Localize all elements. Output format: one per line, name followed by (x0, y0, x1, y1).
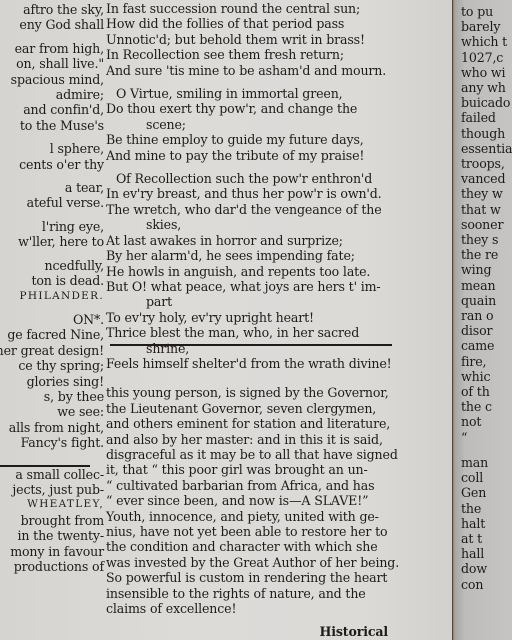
left-column-line: alls from night, (0, 420, 104, 435)
section-rule (110, 344, 392, 346)
article-line: disgraceful as it may be to all that hav… (106, 447, 394, 462)
left-column-line: ge facred Nine, (0, 327, 104, 342)
right-column-line: whic (461, 369, 512, 384)
right-column-line: vanced (461, 171, 512, 186)
left-column-line: ear from high, (0, 41, 104, 56)
left-column-line: jects, just pub- (0, 482, 104, 497)
left-column-line: in the twenty- (0, 528, 104, 543)
right-column-line: quain (461, 293, 512, 308)
left-column-line: admire; (0, 87, 104, 102)
right-column-line: that w (461, 202, 512, 217)
poem-line: The wretch, who dar'd the vengeance of t… (106, 202, 394, 217)
right-column-line: the c (461, 399, 512, 414)
left-column-line: on, shall live." (0, 56, 104, 71)
left-column-line: WHEATLEY, (0, 497, 104, 512)
article-line: nius, have not yet been able to restore … (106, 524, 394, 539)
right-column-line: buicado (461, 95, 512, 110)
right-column-line: of th (461, 384, 512, 399)
left-column-line: s, by thee (0, 389, 104, 404)
left-column-line (0, 172, 104, 180)
article-line: this young person, is signed by the Gove… (106, 385, 394, 400)
poem-line: Do thou exert thy pow'r, and change the (106, 101, 394, 116)
poem-line: By her alarm'd, he sees impending fate; (106, 248, 394, 263)
signoff-historical: Historical (106, 624, 394, 639)
right-column-line: dow (461, 561, 512, 576)
right-column-line: failed (461, 110, 512, 125)
left-column-line: mony in favour (0, 544, 104, 559)
right-column-line: Gen (461, 485, 512, 500)
left-column-line: a tear, (0, 180, 104, 195)
right-column-line: came (461, 338, 512, 353)
right-column-line: ran o (461, 308, 512, 323)
right-column-line: wing (461, 262, 512, 277)
article-line: “ ever since been, and now is—A SLAVE!” (106, 493, 394, 508)
right-column-line: the (461, 501, 512, 516)
right-column: to pubarelywhich t1027,cwho wiany whbuic… (461, 4, 512, 592)
left-column-line: spacious mind, (0, 72, 104, 87)
left-column: aftro the sky,eny God shall ear from hig… (0, 2, 104, 574)
article-line: the condition and character with which s… (106, 539, 394, 554)
poem-line: But O! what peace, what joys are hers t'… (106, 279, 394, 294)
left-column-line: ateful verse. (0, 195, 104, 210)
article-line: “ cultivated barbarian from Africa, and … (106, 478, 394, 493)
right-column-line: “ (461, 430, 512, 445)
left-column-line (0, 250, 104, 258)
article-line: insensible to the rights of nature, and … (106, 586, 394, 601)
right-column-line: disor (461, 323, 512, 338)
left-column-line: ce thy spring; (0, 358, 104, 373)
poem-line: In fast succession round the central sun… (106, 1, 394, 16)
right-column-line: not (461, 414, 512, 429)
left-column-line: PHILANDER. (0, 289, 104, 304)
poem-line: To ev'ry holy, ev'ry upright heart! (106, 310, 394, 325)
poem-line: How did the follies of that period pass (106, 16, 394, 31)
poem-line: scene; (106, 117, 394, 132)
center-column: In fast succession round the central sun… (106, 1, 394, 640)
left-column-line: l sphere, (0, 141, 104, 156)
left-column-line: eny God shall (0, 17, 104, 32)
left-column-line: aftro the sky, (0, 2, 104, 17)
left-column-line: glories sing! (0, 374, 104, 389)
poem-line: shrine, (106, 341, 394, 356)
poem-line: O Virtue, smiling in immortal green, (106, 86, 394, 101)
poem-line: part (106, 294, 394, 309)
poem-line: At last awakes in horror and surprize; (106, 233, 394, 248)
left-column-line: ON*. (0, 312, 104, 327)
right-column-line: though (461, 126, 512, 141)
right-column-line: they w (461, 186, 512, 201)
poem-line: skies, (106, 217, 394, 232)
poem-line: Be thine employ to guide my future days, (106, 132, 394, 147)
right-column-line: barely (461, 19, 512, 34)
left-column-line (0, 133, 104, 141)
right-column-line: halt (461, 516, 512, 531)
left-column-line: brought from (0, 513, 104, 528)
article-line: claims of excellence! (106, 601, 394, 616)
left-column-line: Fancy's fight. (0, 435, 104, 450)
left-column-line: ton is dead. (0, 273, 104, 288)
poem: In fast succession round the central sun… (106, 1, 394, 371)
left-column-line (0, 451, 104, 459)
right-column-line: coll (461, 470, 512, 485)
left-column-line (0, 211, 104, 219)
poem-line: In Recollection see them fresh return; (106, 47, 394, 62)
left-column-line: and confin'd, (0, 102, 104, 117)
poem-line: And mine to pay the tribute of my praise… (106, 148, 394, 163)
right-column-line: which t (461, 34, 512, 49)
left-column-line: l'ring eye, (0, 219, 104, 234)
poem-line: He howls in anguish, and repents too lat… (106, 264, 394, 279)
right-column-line: man (461, 455, 512, 470)
left-column-line: ncedfully, (0, 258, 104, 273)
left-column-line: cents o'er thy (0, 157, 104, 172)
right-column-line: fire, (461, 354, 512, 369)
right-column-line (461, 445, 512, 455)
article-line: and others eminent for station and liter… (106, 416, 394, 431)
poem-line: In ev'ry breast, and thus her pow'r is o… (106, 186, 394, 201)
article-line: Youth, innocence, and piety, united with… (106, 509, 394, 524)
right-column-line: troops, (461, 156, 512, 171)
left-column-line (0, 33, 104, 41)
left-column-line: ner great design! (0, 343, 104, 358)
right-column-line: 1027,c (461, 50, 512, 65)
article-line: and also by her master: and in this it i… (106, 432, 394, 447)
right-column-line: mean (461, 278, 512, 293)
left-column-line: a small collec- (0, 467, 104, 482)
right-column-line: sooner (461, 217, 512, 232)
poem-line: Thrice blest the man, who, in her sacred (106, 325, 394, 340)
left-section-rule (0, 465, 90, 467)
poem-line: Feels himself shelter'd from the wrath d… (106, 356, 394, 371)
article-line: So powerful is custom in rendering the h… (106, 570, 394, 585)
right-column-line: to pu (461, 4, 512, 19)
left-column-line: w'ller, here to (0, 234, 104, 249)
left-column-line: to the Muse's (0, 118, 104, 133)
article-text: this young person, is signed by the Gove… (106, 385, 394, 616)
poem-line: Of Recollection such the pow'r enthron'd (106, 171, 394, 186)
article-line: the Lieutenant Governor, seven clergymen… (106, 401, 394, 416)
poem-line: Unnotic'd; but behold them writ in brass… (106, 32, 394, 47)
right-column-line: con (461, 577, 512, 592)
right-column-line: who wi (461, 65, 512, 80)
right-column-line: any wh (461, 80, 512, 95)
right-column-line: hall (461, 546, 512, 561)
left-column-line: productions of (0, 559, 104, 574)
article-line: was invested by the Great Author of her … (106, 555, 394, 570)
right-column-line: essentia (461, 141, 512, 156)
left-column-line (0, 304, 104, 312)
right-column-line: the re (461, 247, 512, 262)
right-column-line: at t (461, 531, 512, 546)
article-line: it, that “ this poor girl was brought an… (106, 462, 394, 477)
right-column-line: they s (461, 232, 512, 247)
poem-line: And sure 'tis mine to be asham'd and mou… (106, 63, 394, 78)
left-column-line: we see: (0, 404, 104, 419)
